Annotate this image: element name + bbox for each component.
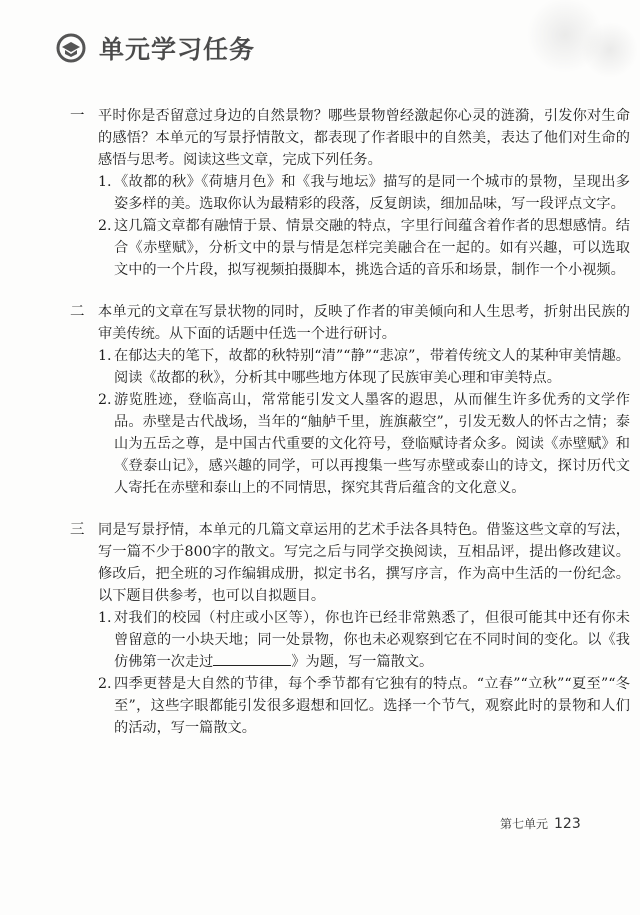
item-number: 1. [98,345,114,389]
graduation-cap-icon [55,32,87,64]
item-text: 游览胜迹，登临高山，常常能引发文人墨客的遐思，从而催生许多优秀的文学作品。赤壁是… [114,389,630,499]
snowflake-decoration [470,0,640,110]
page-title: 单元学习任务 [99,30,255,66]
item-text: 》为题，写一篇散文。 [291,654,433,670]
task-item: 1. 在郁达夫的笔下，故都的秋特别“清”“静”“悲凉”，带着传统文人的某种审美情… [98,345,630,389]
section-intro: 平时你是否留意过身边的自然景物？哪些景物曾经激起你心灵的涟漪，引发你对生命的感悟… [98,105,630,171]
item-number: 2. [98,389,114,499]
section-number: 三 [70,519,98,739]
section-number: 二 [70,301,98,499]
item-text: 在郁达夫的笔下，故都的秋特别“清”“静”“悲凉”，带着传统文人的某种审美情趣。阅… [114,345,630,389]
task-item: 1. 对我们的校园（村庄或小区等），你也许已经非常熟悉了，但很可能其中还有你未曾… [98,607,630,673]
fill-in-blank [213,651,291,666]
section-intro: 本单元的文章在写景状物的同时，反映了作者的审美倾向和人生思考，折射出民族的审美传… [98,301,630,345]
item-number: 2. [98,215,114,281]
task-item: 2. 这几篇文章都有融情于景、情景交融的特点，字里行间蕴含着作者的思想感情。结合… [98,215,630,281]
task-section-2: 二 本单元的文章在写景状物的同时，反映了作者的审美倾向和人生思考，折射出民族的审… [70,301,630,499]
item-number: 1. [98,607,114,673]
page-header: 单元学习任务 [55,30,255,66]
section-intro: 同是写景抒情，本单元的几篇文章运用的艺术手法各具特色。借鉴这些文章的写法，写一篇… [98,519,630,607]
task-item: 2. 四季更替是大自然的节律，每个季节都有它独有的特点。“立春”“立秋”“夏至”… [98,673,630,739]
page-footer: 第七单元123 [500,815,581,832]
item-text: 《故都的秋》《荷塘月色》和《我与地坛》描写的是同一个城市的景物，呈现出多姿多样的… [114,171,630,215]
task-section-1: 一 平时你是否留意过身边的自然景物？哪些景物曾经激起你心灵的涟漪，引发你对生命的… [70,105,630,281]
item-number: 1. [98,171,114,215]
task-item: 1. 《故都的秋》《荷塘月色》和《我与地坛》描写的是同一个城市的景物，呈现出多姿… [98,171,630,215]
item-text: 这几篇文章都有融情于景、情景交融的特点，字里行间蕴含着作者的思想感情。结合《赤壁… [114,215,630,281]
item-number: 2. [98,673,114,739]
page-number: 123 [554,816,581,832]
task-section-3: 三 同是写景抒情，本单元的几篇文章运用的艺术手法各具特色。借鉴这些文章的写法，写… [70,519,630,739]
task-content: 一 平时你是否留意过身边的自然景物？哪些景物曾经激起你心灵的涟漪，引发你对生命的… [70,105,630,759]
item-text: 四季更替是大自然的节律，每个季节都有它独有的特点。“立春”“立秋”“夏至”“冬至… [114,673,630,739]
section-number: 一 [70,105,98,281]
unit-label: 第七单元 [500,817,548,831]
task-item: 2. 游览胜迹，登临高山，常常能引发文人墨客的遐思，从而催生许多优秀的文学作品。… [98,389,630,499]
